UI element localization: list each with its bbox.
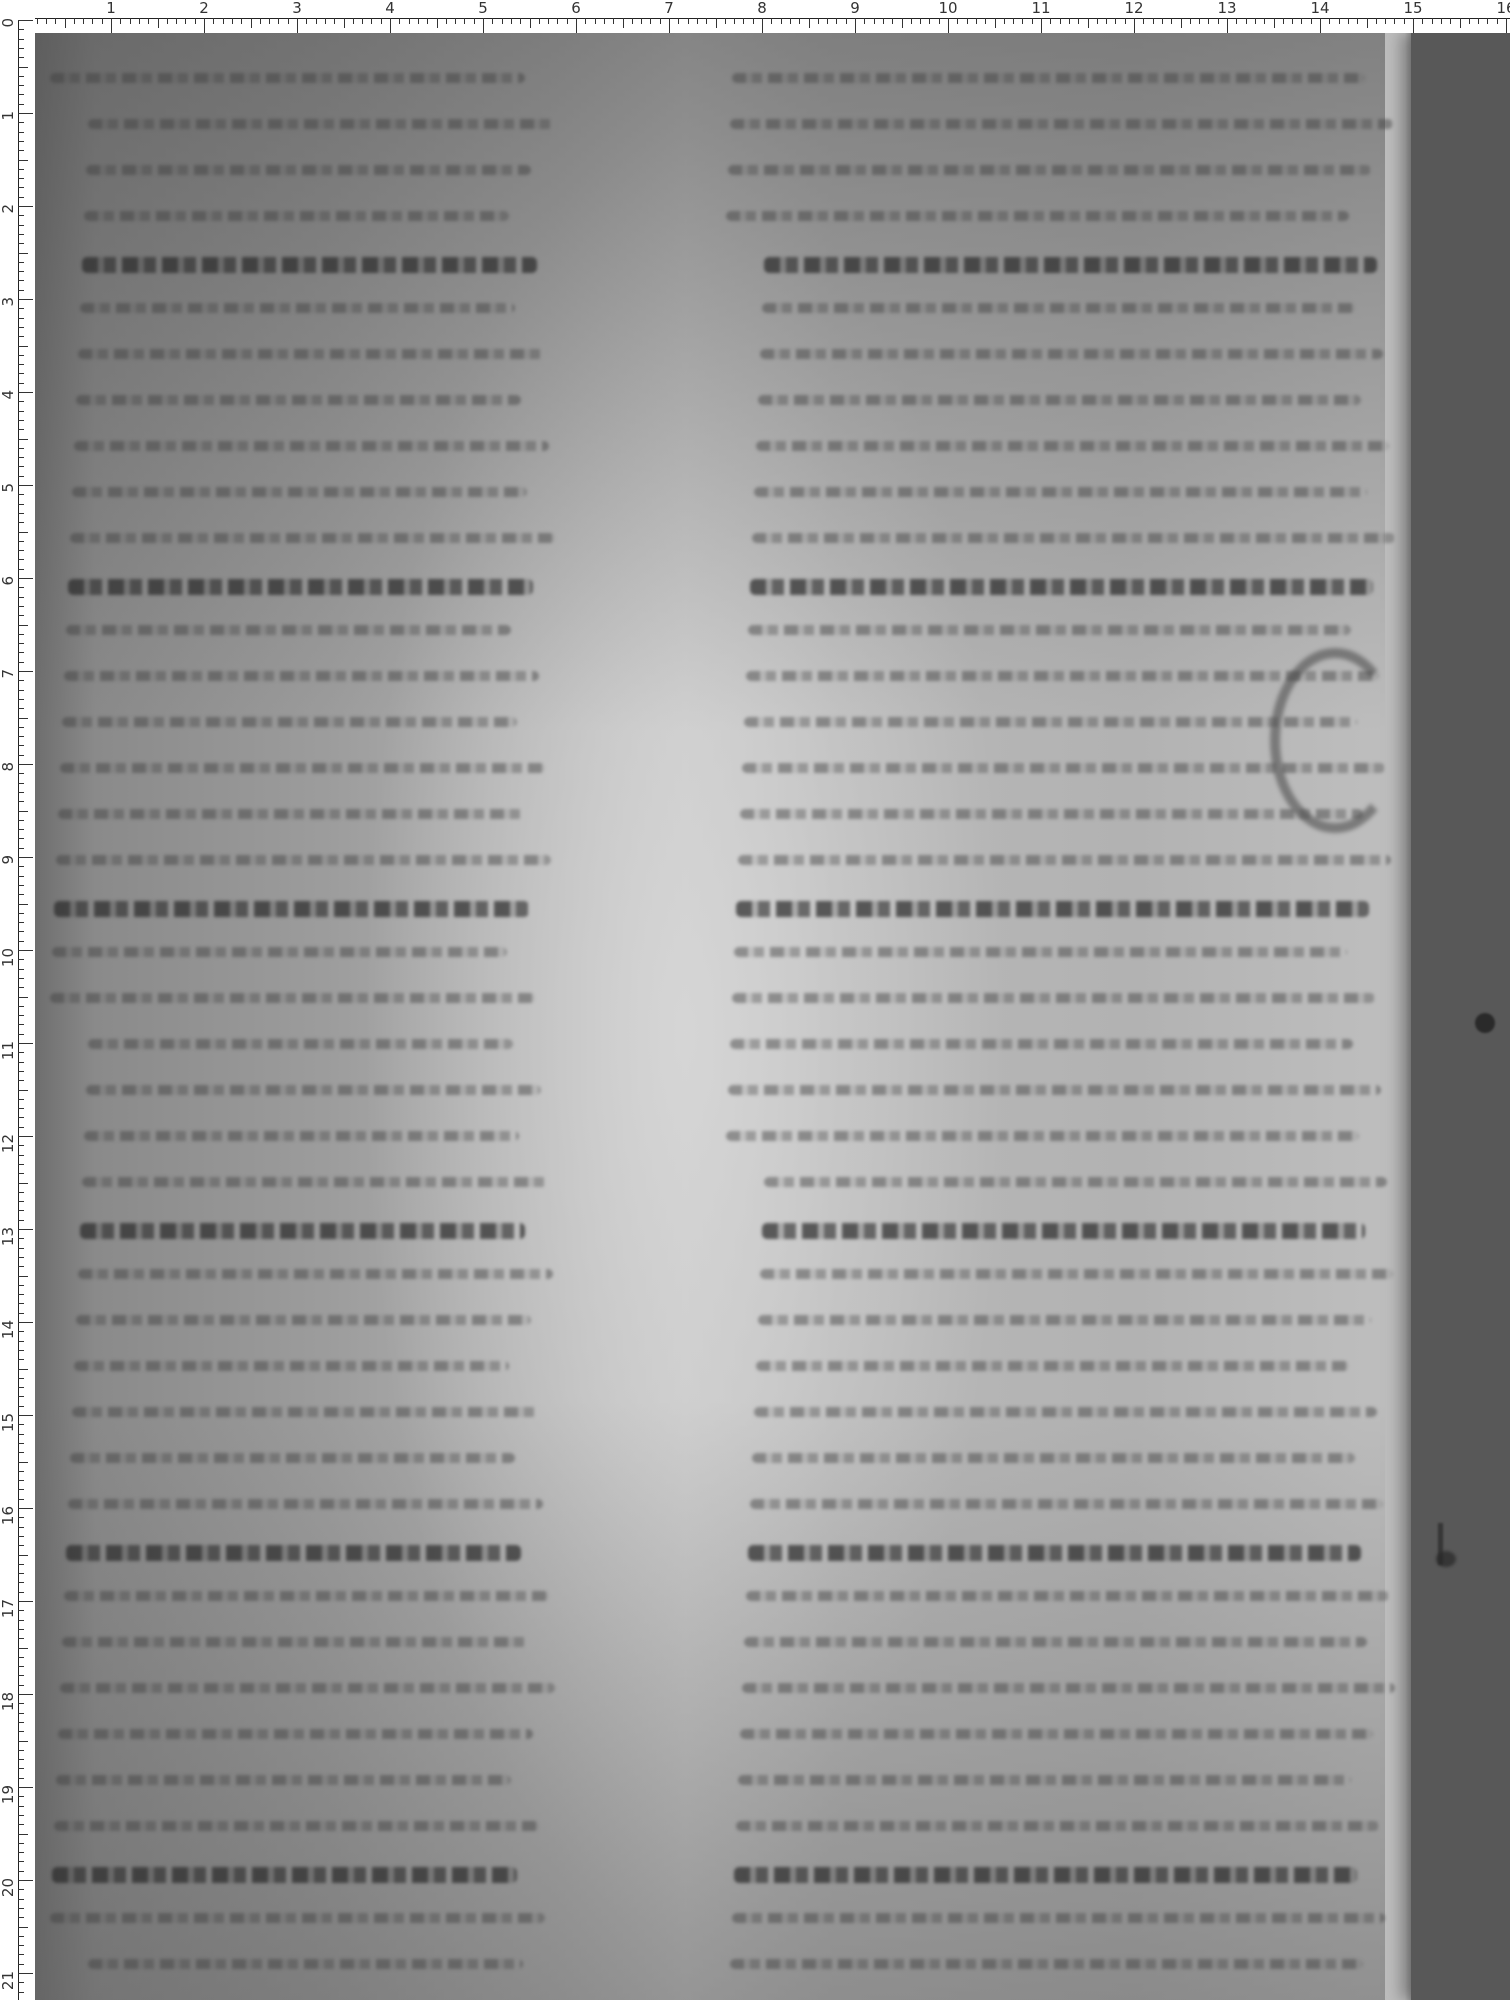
ruler-tick: [1236, 18, 1237, 24]
ruler-label: 5: [478, 0, 488, 16]
ruler-tick: [18, 634, 24, 635]
manuscript-scan: [35, 33, 1510, 2000]
ruler-tick: [18, 1471, 24, 1472]
ruler-tick: [818, 18, 819, 24]
ruler-tick: [604, 18, 605, 24]
ruler-tick: [18, 1741, 28, 1742]
ruler-tick: [511, 18, 512, 24]
ruler-tick: [743, 18, 744, 24]
ruler-tick: [18, 439, 28, 440]
ruler-tick: [306, 18, 307, 24]
ruler-tick: [18, 652, 24, 653]
text-line: [62, 1637, 527, 1647]
ruler-tick: [1125, 18, 1126, 24]
ruler-tick: [734, 18, 735, 24]
ruler-tick: [18, 1303, 24, 1304]
ruler-tick: [902, 18, 903, 28]
ruler-tick: [18, 476, 24, 477]
ruler-tick: [37, 18, 38, 24]
text-line: [760, 1269, 1393, 1279]
ruler-tick: [399, 18, 400, 24]
text-line: [756, 1361, 1349, 1371]
ruler-tick: [1283, 18, 1284, 24]
ruler-tick: [269, 18, 270, 24]
ruler-tick: [18, 1713, 24, 1714]
ruler-tick: [18, 615, 24, 616]
ruler-tick: [929, 18, 930, 24]
text-line: [734, 947, 1347, 957]
ruler-tick: [539, 18, 540, 24]
ruler-tick: [613, 18, 614, 24]
ruler-tick: [1134, 18, 1135, 33]
text-line: [72, 1407, 537, 1417]
ruler-tick: [213, 18, 214, 24]
binding-hole-dot: [1475, 1013, 1495, 1033]
ruler-tick: [1339, 18, 1340, 24]
ruler-tick: [18, 29, 24, 30]
ruler-tick: [1413, 18, 1414, 33]
ruler-tick: [18, 1796, 24, 1797]
ruler-tick: [139, 18, 140, 24]
ruler-tick: [223, 18, 224, 24]
ruler-label: 10: [938, 0, 957, 16]
ruler-tick: [18, 1917, 24, 1918]
text-line: [726, 211, 1349, 221]
ruler-tick: [1404, 18, 1405, 24]
ruler-tick: [18, 1750, 24, 1751]
ruler-tick: [18, 1936, 24, 1937]
ruler-tick: [427, 18, 428, 24]
ruler-tick: [18, 1731, 24, 1732]
text-line: [754, 1407, 1377, 1417]
text-line: [68, 579, 533, 595]
text-line: [726, 1131, 1359, 1141]
ruler-tick: [409, 18, 410, 24]
ruler-tick: [1208, 18, 1209, 24]
text-line: [84, 211, 509, 221]
ruler-tick: [18, 922, 24, 923]
ruler-tick: [18, 913, 24, 914]
ruler-tick: [18, 1964, 24, 1965]
ruler-label: 6: [571, 0, 581, 16]
ruler-tick: [18, 1499, 24, 1500]
ruler-tick: [232, 18, 233, 24]
ruler-tick: [18, 215, 24, 216]
text-line: [752, 1453, 1355, 1463]
ruler-tick: [297, 18, 298, 33]
ruler-tick: [855, 18, 856, 33]
ruler-tick: [18, 931, 24, 932]
text-line: [50, 1913, 545, 1923]
ruler-tick: [18, 160, 28, 161]
ruler-tick: [18, 1657, 24, 1658]
text-line: [88, 1039, 513, 1049]
ruler-tick: [18, 1629, 24, 1630]
ruler-tick: [18, 318, 24, 319]
ruler-tick: [18, 169, 24, 170]
ruler-tick: [1181, 18, 1182, 28]
ruler-tick: [18, 197, 24, 198]
ruler-tick: [18, 187, 24, 188]
ruler-tick: [18, 820, 24, 821]
ruler-tick: [18, 1927, 28, 1928]
ruler-tick: [18, 1006, 24, 1007]
ruler-tick: [18, 1443, 24, 1444]
ruler-tick: [827, 18, 828, 24]
ruler-tick: [18, 1164, 24, 1165]
ruler-tick: [557, 18, 558, 24]
ruler-tick: [381, 18, 382, 24]
ruler-tick: [595, 18, 596, 24]
ruler-tick: [18, 1322, 33, 1323]
ruler-tick: [18, 1201, 24, 1202]
ruler-tick: [18, 1406, 24, 1407]
ruler-tick: [18, 1220, 24, 1221]
ruler-tick: [18, 485, 33, 486]
ruler-tick: [18, 625, 28, 626]
ruler-tick: [1506, 18, 1507, 33]
text-line: [64, 1591, 549, 1601]
ruler-tick: [371, 18, 372, 24]
ruler-label: 8: [757, 0, 767, 16]
ruler-tick: [660, 18, 661, 24]
text-line: [56, 855, 551, 865]
ruler-tick: [18, 1899, 24, 1900]
ruler-tick: [18, 904, 28, 905]
ruler-tick: [18, 1954, 24, 1955]
ruler-tick: [18, 1573, 24, 1574]
ruler-tick: [1460, 18, 1461, 28]
text-line: [58, 1729, 533, 1739]
ruler-tick: [1274, 18, 1275, 28]
ruler-tick: [18, 718, 28, 719]
ruler-tick: [1022, 18, 1023, 24]
ruler-tick: [18, 1880, 33, 1881]
ruler-tick: [18, 290, 24, 291]
ruler-tick: [1143, 18, 1144, 24]
ruler-tick: [120, 18, 121, 24]
ruler-tick: [102, 18, 103, 24]
ruler-tick: [18, 792, 24, 793]
ruler-tick: [18, 541, 24, 542]
ruler-tick: [362, 18, 363, 24]
ruler-tick: [18, 801, 24, 802]
ruler-tick: [18, 1136, 33, 1137]
text-line: [764, 257, 1377, 273]
ruler-tick: [18, 1387, 24, 1388]
ruler-tick: [18, 383, 24, 384]
ruler-tick: [18, 550, 24, 551]
ruler-tick: [18, 392, 33, 393]
ruler-tick: [1422, 18, 1423, 24]
ruler-tick: [18, 104, 24, 105]
ruler-tick: [18, 113, 33, 114]
ruler-label: 16: [0, 1506, 16, 1525]
ruler-tick: [1301, 18, 1302, 24]
ruler-tick: [976, 18, 977, 24]
ruler-tick: [18, 1992, 24, 1993]
ruler-tick: [1367, 18, 1368, 28]
text-line: [732, 73, 1365, 83]
ruler-label: 2: [199, 0, 209, 16]
text-line: [76, 1315, 531, 1325]
ruler-tick: [967, 18, 968, 24]
ruler-tick: [18, 513, 24, 514]
text-line: [78, 1269, 553, 1279]
ruler-label: 13: [1217, 0, 1236, 16]
ruler-tick: [18, 1815, 24, 1816]
ruler-tick: [18, 1062, 24, 1063]
text-line: [64, 671, 539, 681]
ruler-tick: [18, 894, 24, 895]
ruler-tick: [18, 764, 33, 765]
text-line: [82, 1177, 547, 1187]
ruler-tick: [167, 18, 168, 24]
ruler-tick: [18, 494, 24, 495]
ruler-tick: [18, 736, 24, 737]
text-line: [746, 1591, 1389, 1601]
text-line: [746, 671, 1379, 681]
ruler-tick: [18, 848, 24, 849]
ruler-tick: [641, 18, 642, 24]
ruler-tick: [18, 141, 24, 142]
ruler-tick: [1171, 18, 1172, 24]
ruler-tick: [1106, 18, 1107, 24]
ruler-tick: [18, 1145, 24, 1146]
ruler-tick: [18, 1294, 24, 1295]
ruler-tick: [251, 18, 252, 28]
ruler-label: 5: [0, 483, 16, 493]
ruler-tick: [18, 690, 24, 691]
ruler-tick: [18, 1861, 24, 1862]
ruler-tick: [18, 978, 24, 979]
ruler-tick: [176, 18, 177, 24]
ruler-label: 9: [850, 0, 860, 16]
ruler-tick: [18, 1015, 24, 1016]
ruler-tick: [18, 1359, 24, 1360]
ruler-label: 0: [0, 18, 16, 28]
ruler-tick: [892, 18, 893, 24]
text-line: [50, 993, 535, 1003]
text-line: [80, 303, 515, 313]
ruler-label: 12: [1124, 0, 1143, 16]
ruler-tick: [18, 959, 24, 960]
ruler-tick: [18, 1341, 24, 1342]
ruler-tick: [771, 18, 772, 24]
ruler-tick: [18, 1080, 24, 1081]
ruler-tick: [957, 18, 958, 24]
ruler-tick: [18, 1183, 28, 1184]
ruler-tick: [260, 18, 261, 24]
text-line: [754, 487, 1367, 497]
ruler-tick: [18, 48, 24, 49]
ruler-tick: [83, 18, 84, 24]
ruler-tick: [1069, 18, 1070, 24]
ruler-tick: [334, 18, 335, 24]
text-line: [760, 349, 1383, 359]
ruler-tick: [1078, 18, 1079, 24]
ruler-tick: [18, 1043, 33, 1044]
ruler-tick: [18, 662, 24, 663]
ruler-tick: [502, 18, 503, 24]
ruler-tick: [18, 262, 24, 263]
ruler-tick: [18, 1675, 24, 1676]
ruler-tick: [18, 1778, 24, 1779]
ruler-tick: [753, 18, 754, 24]
text-line: [740, 1729, 1373, 1739]
ruler-tick: [18, 1415, 33, 1416]
ruler-tick: [18, 1759, 24, 1760]
ruler-tick: [18, 1685, 24, 1686]
ruler-tick: [18, 643, 24, 644]
ruler-label: 4: [385, 0, 395, 16]
ruler-tick: [483, 18, 484, 33]
text-line: [80, 1223, 525, 1239]
ruler-tick: [18, 457, 24, 458]
ruler-tick: [18, 336, 24, 337]
ruler-tick: [18, 1192, 24, 1193]
ruler-tick: [1115, 18, 1116, 24]
ruler-tick: [18, 671, 33, 672]
text-line: [744, 1637, 1367, 1647]
ruler-tick: [18, 1517, 24, 1518]
ruler-label: 21: [0, 1971, 16, 1990]
ruler-tick: [46, 18, 47, 24]
text-line: [84, 1131, 519, 1141]
ruler-tick: [18, 1276, 28, 1277]
ruler-tick: [18, 1610, 24, 1611]
text-line: [68, 1499, 543, 1509]
ruler-tick: [18, 1871, 24, 1872]
text-line: [762, 303, 1355, 313]
ruler-tick: [92, 18, 93, 24]
ruler-tick: [18, 401, 24, 402]
ruler-tick: [18, 20, 33, 21]
ruler-tick: [18, 466, 24, 467]
text-line: [88, 119, 553, 129]
text-line: [748, 625, 1351, 635]
ruler-tick: [18, 132, 24, 133]
ruler-tick: [18, 1601, 33, 1602]
ruler-tick: [474, 18, 475, 24]
ruler-tick: [18, 448, 24, 449]
ruler-label: 4: [0, 390, 16, 400]
ruler-tick: [18, 1536, 24, 1537]
ruler-label: 15: [0, 1413, 16, 1432]
ruler-tick: [678, 18, 679, 24]
ruler-tick: [18, 1945, 24, 1946]
ruler-tick: [1060, 18, 1061, 24]
ruler-tick: [18, 1378, 24, 1379]
text-line: [758, 1315, 1371, 1325]
ruler-tick: [18, 280, 24, 281]
ruler-tick: [204, 18, 205, 33]
text-line: [732, 1913, 1385, 1923]
ruler-tick: [18, 1843, 24, 1844]
ruler-tick: [344, 18, 345, 28]
ruler-tick: [716, 18, 717, 28]
ruler-tick: [1376, 18, 1377, 24]
ruler-tick: [55, 18, 56, 24]
ruler-tick: [18, 85, 24, 86]
ruler-tick: [18, 39, 24, 40]
ruler-tick: [1311, 18, 1312, 24]
text-line: [82, 257, 537, 273]
ruler-tick: [18, 1973, 33, 1974]
ruler-tick: [1441, 18, 1442, 24]
text-line: [730, 1959, 1363, 1969]
ruler-tick: [576, 18, 577, 33]
ruler-tick: [18, 243, 24, 244]
text-line: [54, 1821, 539, 1831]
ruler-tick: [1041, 18, 1042, 33]
ruler-label: 2: [0, 204, 16, 214]
ruler-tick: [18, 559, 24, 560]
text-line: [74, 441, 549, 451]
ruler-tick: [548, 18, 549, 24]
ruler-tick: [18, 1806, 24, 1807]
ruler-tick: [1478, 18, 1479, 24]
mark-bowl: [1436, 1551, 1456, 1567]
ruler-tick: [762, 18, 763, 33]
ruler-tick: [18, 587, 24, 588]
text-line: [742, 1683, 1395, 1693]
ruler-tick: [1246, 18, 1247, 24]
ruler-tick: [18, 699, 24, 700]
ruler-tick: [18, 1648, 28, 1649]
ruler-tick: [316, 18, 317, 24]
ruler-tick: [18, 57, 24, 58]
text-line: [86, 1085, 541, 1095]
ruler-tick: [1050, 18, 1051, 24]
text-line: [78, 349, 543, 359]
marginal-mark: [1428, 1523, 1458, 1573]
ruler-tick: [18, 1982, 24, 1983]
text-line: [762, 1223, 1365, 1239]
text-line: [744, 717, 1357, 727]
ruler-label: 10: [0, 948, 16, 967]
ruler-tick: [18, 364, 24, 365]
text-line: [70, 533, 555, 543]
ruler-tick: [688, 18, 689, 24]
ruler-tick: [18, 1117, 24, 1118]
ruler-tick: [883, 18, 884, 24]
ruler-tick: [18, 1666, 24, 1667]
ruler-tick: [18, 838, 24, 839]
ruler-tick: [325, 18, 326, 24]
ruler-tick: [18, 299, 33, 300]
text-line: [732, 993, 1375, 1003]
ruler-tick: [18, 829, 24, 830]
ruler-tick: [195, 18, 196, 24]
ruler-tick: [1348, 18, 1349, 24]
ruler-label: 11: [1031, 0, 1050, 16]
text-line: [66, 625, 511, 635]
horizontal-ruler: 012345678910111213141516: [0, 0, 1510, 33]
ruler-tick: [911, 18, 912, 24]
ruler-tick: [18, 1248, 24, 1249]
ruler-label: 20: [0, 1878, 16, 1897]
ruler-tick: [74, 18, 75, 24]
ruler-tick: [18, 346, 28, 347]
ruler-tick: [836, 18, 837, 24]
text-line: [730, 119, 1393, 129]
ruler-label: 19: [0, 1785, 16, 1804]
ruler-tick: [939, 18, 940, 24]
ruler-tick: [18, 1824, 24, 1825]
text-line: [736, 1821, 1379, 1831]
text-line: [740, 809, 1363, 819]
